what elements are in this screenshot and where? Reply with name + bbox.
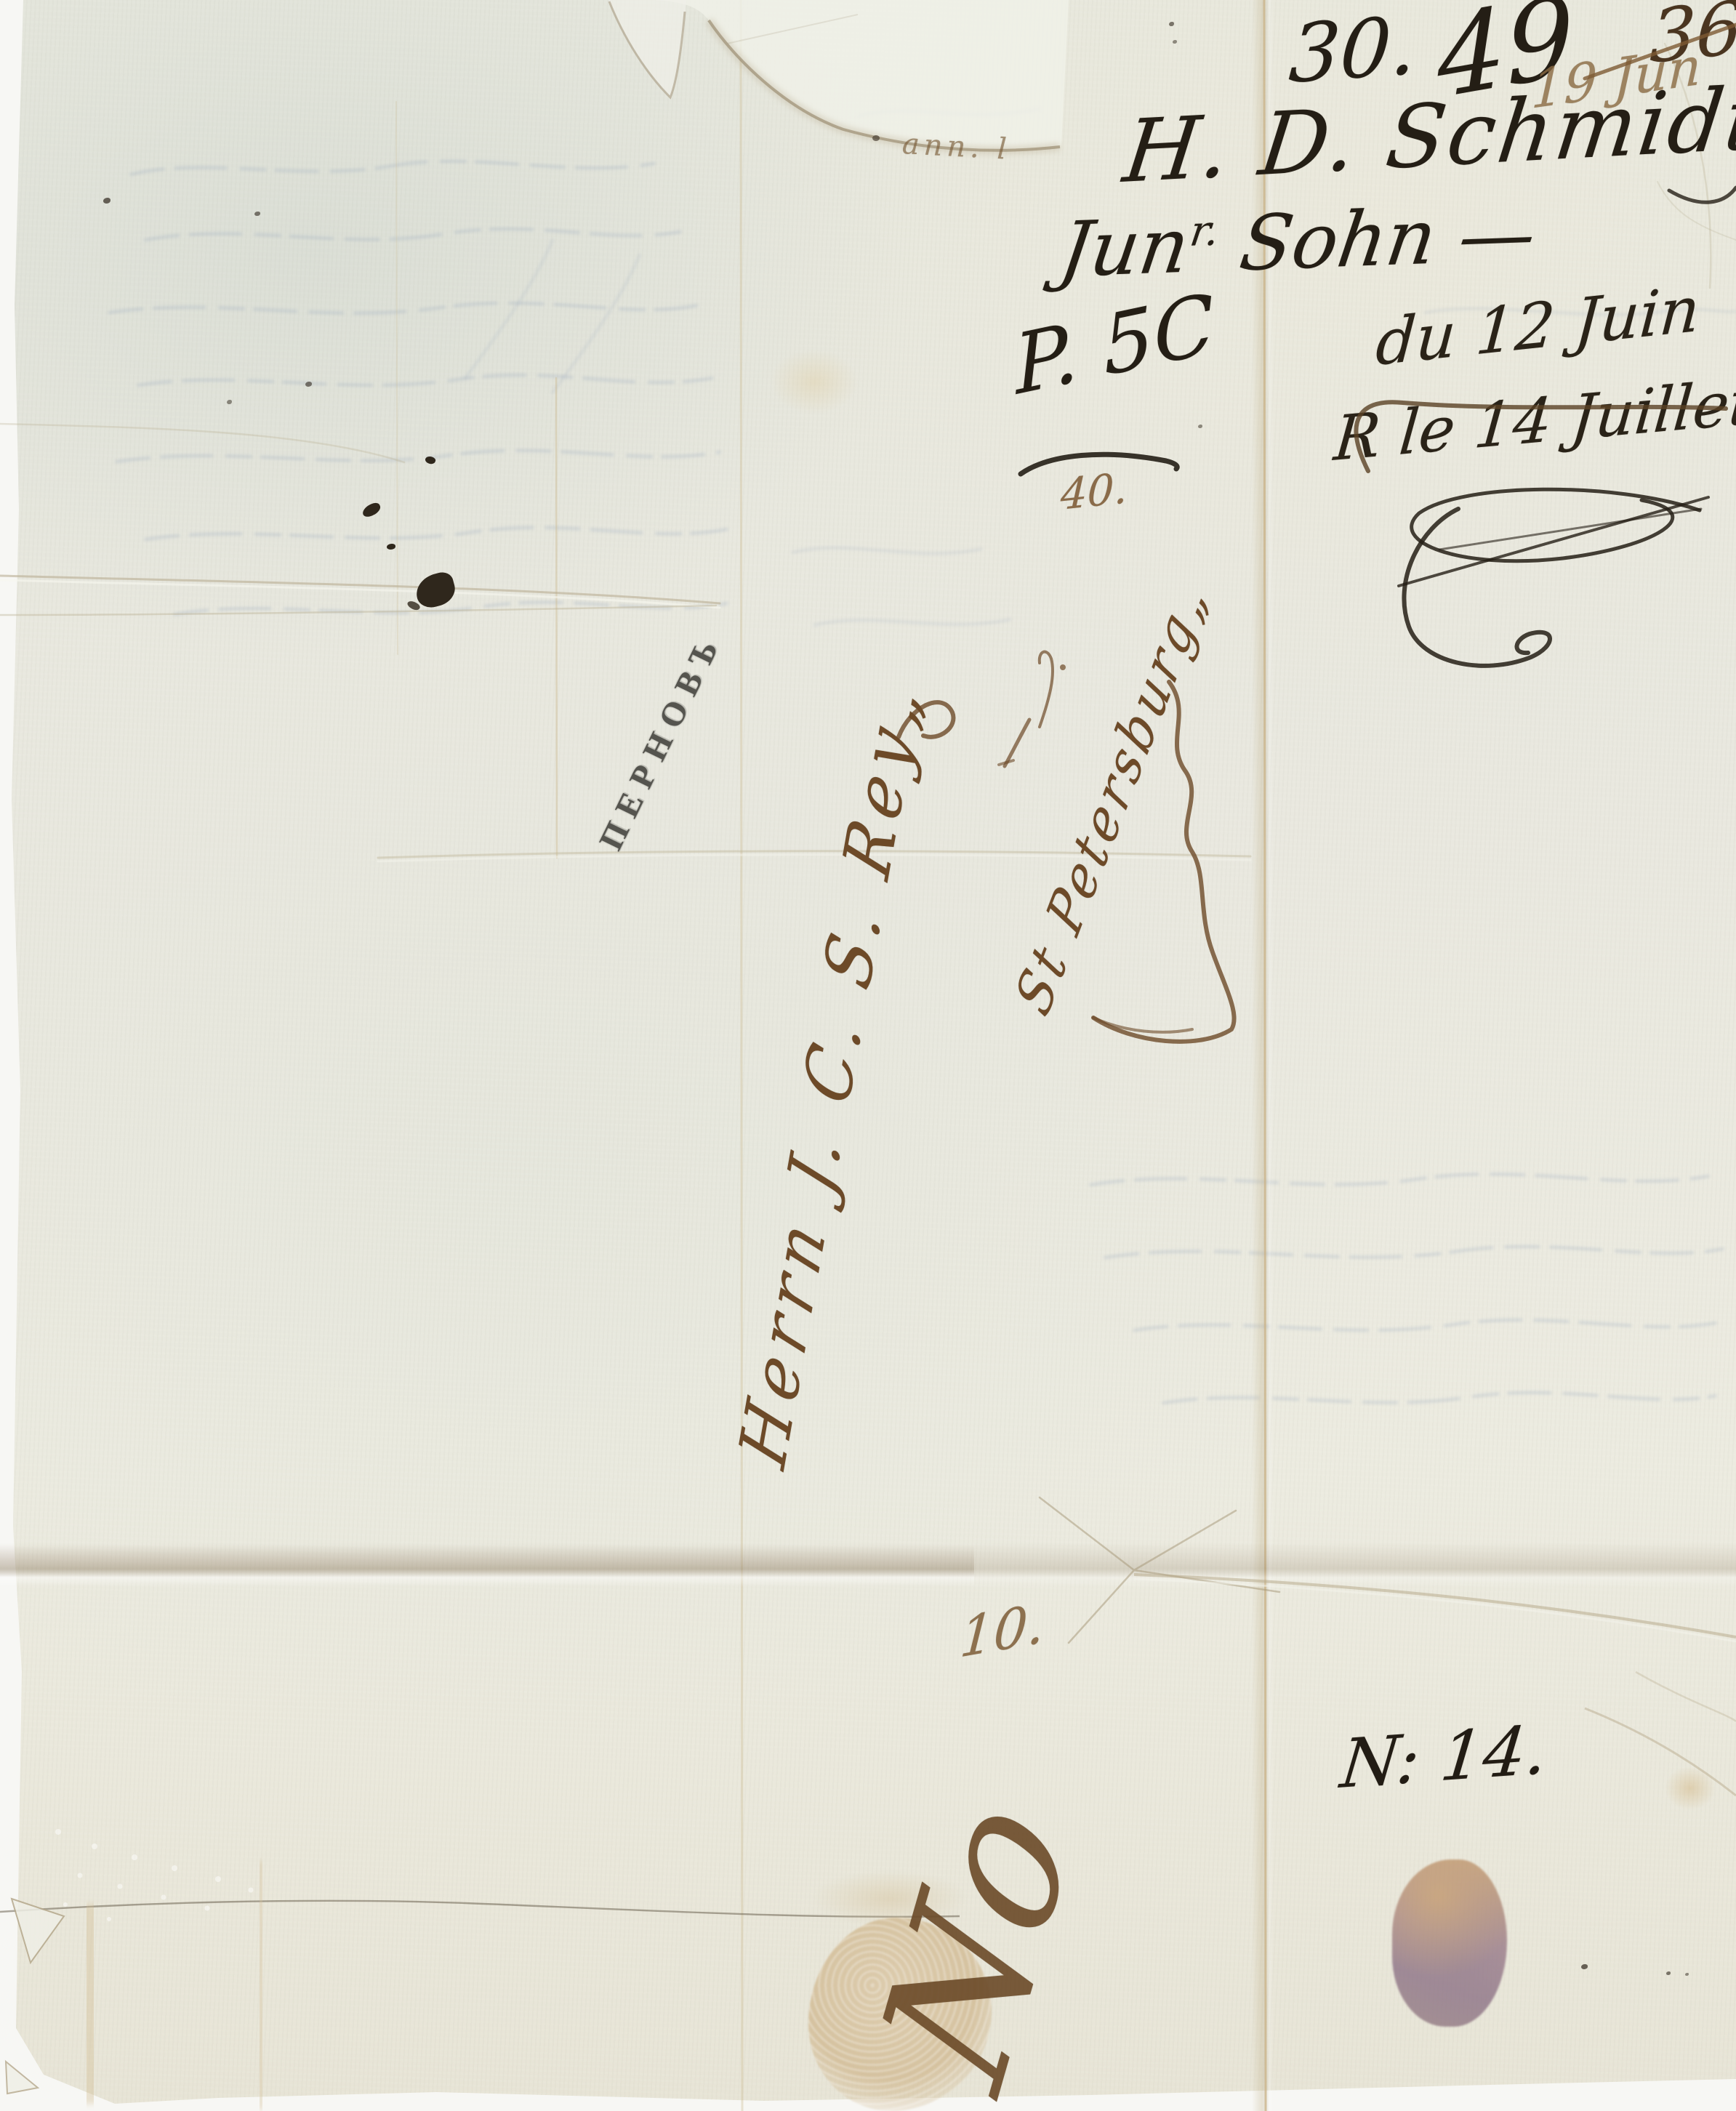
scanned-letter-page: 30. 49 36 19 Jun H. D. Schmidt Junr. Soh… <box>0 0 1736 2111</box>
ink-flourishes <box>0 0 1736 2111</box>
